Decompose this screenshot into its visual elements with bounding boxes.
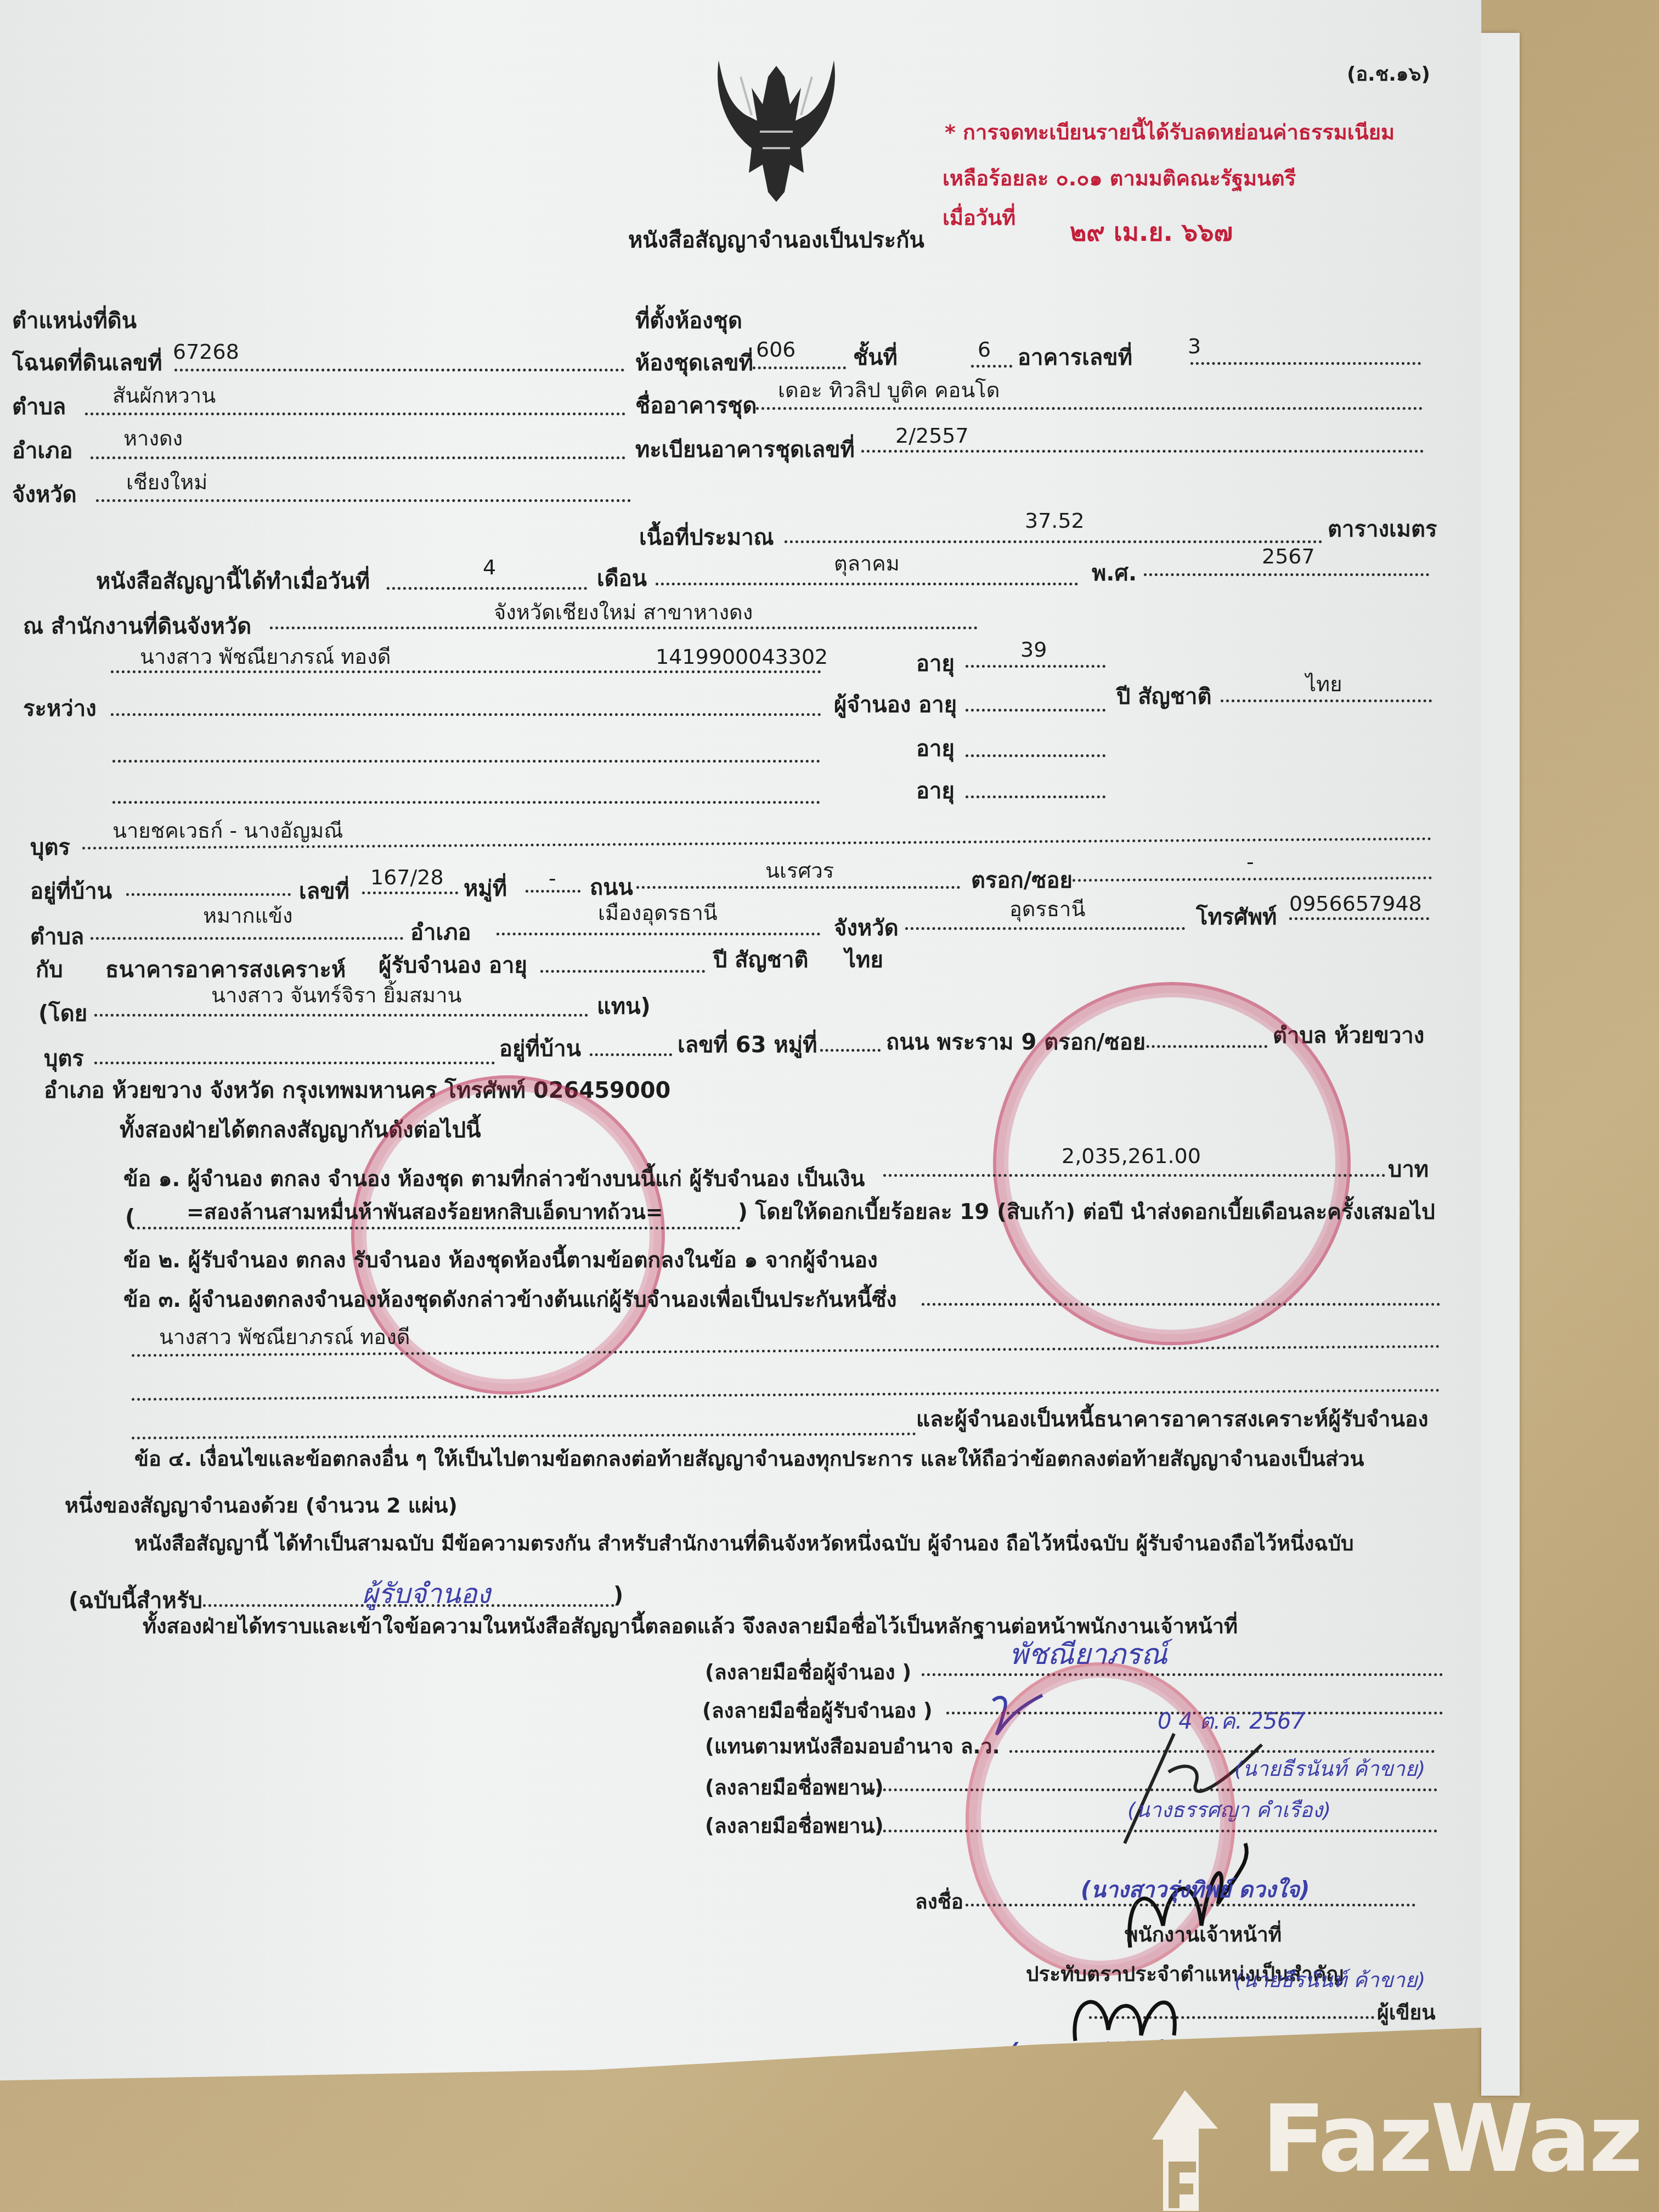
mortgagee-name: ธนาคารอาคารสงเคราะห์ [105,959,346,981]
fazwaz-logo-icon [1152,2079,1262,2211]
interest-terms: ) โดยให้ดอกเบี้ยร้อยละ 19 (สิบเก้า) ต่อป… [738,1201,1435,1223]
building-label: อาคารเลขที่ [1018,347,1132,369]
land-amphoe-label: อำเภอ [12,440,73,462]
clause2-text: ข้อ ๒. ผู้รับจำนอง ตกลง รับจำนอง ห้องชุด… [123,1250,878,1271]
area-value: 37.52 [1025,510,1085,531]
officer-name: (นางสาวรุ่งทิพย์ ดวงใจ) [1081,1879,1310,1901]
phone-label: โทรศัพท์ [1196,906,1277,928]
soi-label: ตรอก/ซอย [971,870,1073,891]
road-label: ถนน [590,877,633,899]
mortgagee-sign-label: (ลงลายมือชื่อผู้รับจำนอง ) [702,1701,933,1721]
between-label: ระหว่าง [23,698,97,720]
mortgagee-child-label: บุตร [44,1048,84,1070]
mortgagor-tambon-label: ตำบล [30,926,84,948]
debtor-name: นางสาว พัชณียาภรณ์ ทองดี [159,1327,410,1347]
fazwaz-watermark: FazWaz [1262,2085,1641,2193]
loan-amount: 2,035,261.00 [1062,1145,1201,1166]
writer-label: ผู้เขียน [1377,2002,1436,2023]
amount-words-open: ( [125,1207,135,1229]
land-province-label: จังหวัด [12,484,77,506]
mortgagor-age-label: อายุ [916,653,955,675]
house-no-label: เลขที่ [299,881,349,902]
writer-name: (นายธีรนันท์ ค้าขาย) [1234,1970,1425,1990]
address-label: อยู่ที่บ้าน [30,881,112,902]
mortgagor-parents-label: บุตร [30,837,70,859]
copy-for-label: (ฉบับนี้สำหรับ [69,1590,202,1612]
road-value: นเรศวร [765,860,834,881]
proxy-label: (แทนตามหนังสือมอบอำนาจ ล.ว. [705,1736,1000,1757]
deed-number: 67268 [173,341,239,362]
floor-number: 6 [978,339,991,360]
document-title: หนังสือสัญญาจำนองเป็นประกัน [628,229,924,251]
mortgagor-phone: 0956657948 [1289,893,1422,914]
age-label-3: อายุ [916,780,955,802]
officer-title: พนักงานเจ้าหน้าที่ [1125,1925,1282,1945]
mortgagor-age: 39 [1020,639,1047,660]
clause3-tail: และผู้จำนองเป็นหนี้ธนาคารอาคารสงเคราะห์ผ… [916,1409,1429,1430]
amount-unit: บาท [1388,1159,1429,1181]
land-amphoe: หางดง [123,428,183,449]
contract-month-label: เดือน [597,568,647,590]
land-office: จังหวัดเชียงใหม่ สาขาหางดง [494,602,753,623]
clause4-line2: หนึ่งของสัญญาจำนองด้วย (จำนวน 2 แผ่น) [65,1495,458,1516]
mortgagor-nationality: ไทย [1306,674,1342,695]
unit-heading: ที่ตั้งห้องชุด [635,310,742,332]
mortgagor-nationality-label: ปี สัญชาติ [1116,686,1211,708]
condo-registration-number: 2/2557 [895,425,969,446]
clause3-text: ข้อ ๓. ผู้จำนองตกลงจำนองห้องชุดดังกล่าวข… [123,1289,897,1311]
contract-month: ตุลาคม [834,553,900,574]
mortgagor-sign-label: (ลงลายมือชื่อผู้จำนอง ) [705,1662,911,1683]
mortgagor-role-label: ผู้จำนอง อายุ [834,694,957,716]
condo-name-label: ชื่ออาคารชุด [635,395,757,417]
witness1-sign-label: (ลงลายมือชื่อพยาน) [705,1778,884,1798]
mortgagor-province-label: จังหวัด [834,917,899,939]
garuda-emblem-icon [708,55,845,203]
age-label-2: อายุ [916,738,955,760]
by-suffix: แทน) [597,996,651,1018]
room-label: ห้องชุดเลขที่ [635,352,753,374]
building-number: 3 [1188,336,1201,357]
mortgagor-parents: นายชคเวธก์ - นางอัญมณี [112,820,343,841]
moo-label: หมู่ที่ [464,878,507,900]
witness2-sign-label: (ลงลายมือชื่อพยาน) [705,1816,884,1836]
mortgagor-amphoe: เมืองอุดรธานี [598,902,718,923]
mortgagee-address-label: อยู่ที่บ้าน [499,1038,581,1060]
mortgagee-nationality-label: ปี สัญชาติ [713,949,808,971]
mortgagee-role-label: ผู้รับจำนอง อายุ [379,955,527,977]
representative-name: นางสาว จันทร์จิรา ยิ้มสมาน [211,985,461,1006]
fee-reduction-stamp-date: ๒๙ เม.ย. ๖๖๗ [1070,219,1233,245]
condo-name: เดอะ ทิวลิป บูติค คอนโด [778,380,1000,400]
fee-reduction-stamp-line3-label: เมื่อวันที่ [943,207,1015,228]
contract-year-label: พ.ศ. [1092,562,1137,584]
mortgage-document: (อ.ช.๑๖) หนังสือสัญญาจำนองเป็นประกัน * ก… [0,0,1481,2112]
with-label: กับ [36,959,63,981]
mortgagor-tambon: หมากแข้ง [203,905,292,926]
checker-name: (นางสาวรุ่งทิพย์ ดวงใจ) [1008,2041,1237,2063]
contract-day: 4 [483,557,496,578]
area-unit: ตารางเมตร [1328,518,1437,540]
condo-registration-label: ทะเบียนอาคารชุดเลขที่ [635,439,855,461]
clause4-line1: ข้อ ๔. เงื่อนไขและข้อตกลงอื่น ๆ ให้เป็นไ… [134,1448,1364,1469]
back-sheet-edge [1481,33,1520,2096]
land-province: เชียงใหม่ [126,472,207,493]
mortgagor-province: อุดรธานี [1009,899,1085,919]
fee-reduction-stamp-line2: เหลือร้อยละ ๐.๐๑ ตามมติคณะรัฐมนตรี [943,168,1296,189]
land-tambon: สันผักหวาน [112,385,216,406]
land-office-label: ณ สำนักงานที่ดินจังหวัด [23,616,251,637]
mortgagor-id: 1419900043302 [656,646,828,667]
house-number: 167/28 [370,867,444,888]
deed-label: โฉนดที่ดินเลขที่ [12,352,162,374]
land-tambon-label: ตำบล [12,396,66,418]
officer-sign-label: ลงชื่อ [915,1892,963,1912]
mortgagor-name: นางสาว พัชณียาภรณ์ ทองดี [140,646,391,667]
floor-label: ชั้นที่ [853,347,898,369]
copy-for-value: ผู้รับจำนอง [362,1580,490,1607]
clause1-text: ข้อ ๑. ผู้จำนอง ตกลง จำนอง ห้องชุด ตามที… [123,1169,865,1190]
room-number: 606 [756,339,796,360]
fee-reduction-stamp-line1: * การจดทะเบียนรายนี้ได้รับลดหย่อนค่าธรรม… [945,122,1395,143]
soi-value: - [1246,851,1254,872]
acknowledgement: ทั้งสองฝ่ายได้ทราบและเข้าใจข้อความในหนัง… [143,1616,1238,1637]
contract-year: 2567 [1262,546,1315,567]
area-label: เนื้อที่ประมาณ [639,527,774,549]
mortgagor-amphoe-label: อำเภอ [410,922,471,944]
by-label: (โดย [38,1003,87,1025]
form-code: (อ.ช.๑๖) [1347,65,1430,84]
copies-statement: หนังสือสัญญานี้ ได้ทำเป็นสามฉบับ มีข้อคว… [134,1533,1354,1554]
moo-value: - [549,868,556,889]
checker-label: ผู้ตรวจ [1377,2035,1436,2056]
mortgagee-house-no: เลขที่ 63 หมู่ที่ [678,1034,817,1056]
witness1-name: (นายธีรนันท์ ค้าขาย) [1234,1758,1425,1779]
copy-for-close: ) [613,1584,623,1606]
land-heading: ตำแหน่งที่ดิน [12,310,137,332]
mortgagee-nationality: ไทย [845,949,883,971]
contract-date-label: หนังสือสัญญานี้ได้ทำเมื่อวันที่ [96,571,370,592]
amount-in-words: =สองล้านสามหมื่นห้าพันสองร้อยหกสิบเอ็ดบา… [187,1201,663,1222]
